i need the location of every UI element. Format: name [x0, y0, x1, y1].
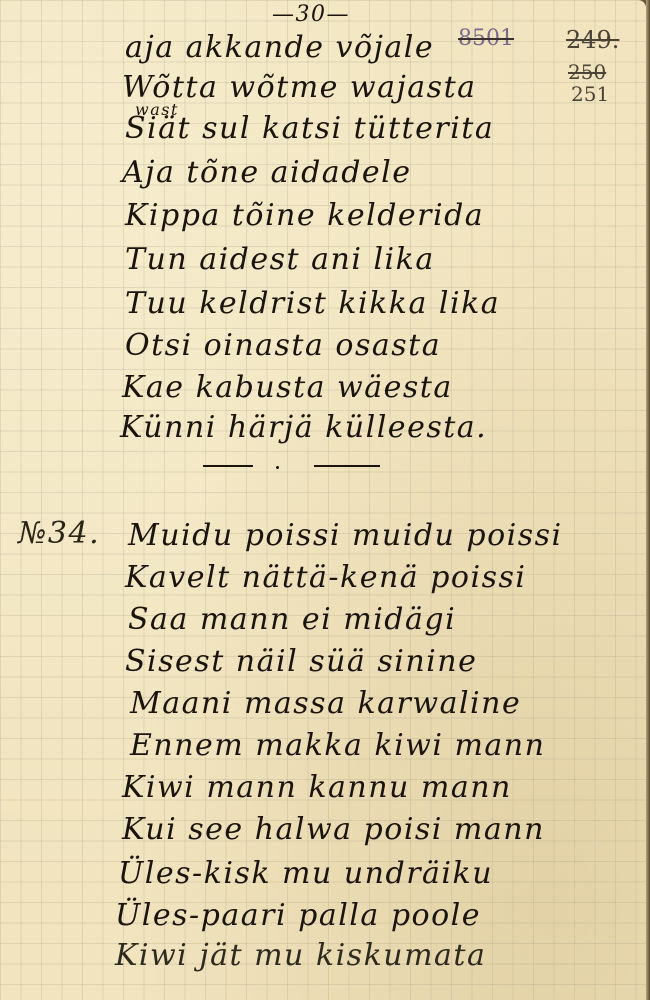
verse-line: Tun aidest ani lika	[125, 242, 435, 277]
separator-line-left	[203, 465, 253, 467]
verse-line: Üles-paari palla poole	[115, 898, 481, 933]
verse-line: Ennem makka kiwi mann	[130, 728, 545, 763]
separator-dot	[276, 466, 279, 469]
separator-line-right	[314, 465, 380, 467]
page-number: —30—	[272, 2, 350, 27]
archive-number-struck: 8501	[458, 26, 514, 51]
verse-line: Otsi oinasta osasta	[125, 328, 441, 363]
verse-line: Künni härjä külleesta.	[120, 410, 487, 445]
manuscript-page: —30— 8501 249. 250 251 wast aja akkande …	[0, 0, 646, 1000]
verse-line: Saa mann ei midägi	[128, 602, 456, 637]
folio-number-struck-2: 250	[568, 60, 606, 84]
verse-line: Muidu poissi muidu poissi	[128, 518, 563, 553]
page-edge	[646, 0, 650, 1000]
verse-line: Kui see halwa poisi mann	[122, 812, 545, 847]
folio-number-current: 251	[571, 82, 609, 106]
verse-line: Siät sul katsi tütterita	[125, 111, 494, 146]
verse-line: Kiwi jät mu kiskumata	[115, 938, 486, 973]
verse-line: Maani massa karwaline	[130, 686, 521, 721]
verse-line: Aja tõne aidadele	[122, 155, 412, 190]
verse-line: Kae kabusta wäesta	[122, 370, 453, 405]
verse-line: aja akkande võjale	[125, 30, 434, 65]
verse-line: Wõtta wõtme wajasta	[122, 70, 477, 105]
verse-line: Üles-kisk mu undräiku	[118, 856, 493, 891]
folio-number-struck-1: 249.	[566, 26, 619, 54]
verse-line: Sisest näil süä sinine	[125, 644, 477, 679]
verse-line: Kavelt nättä-kenä poissi	[125, 560, 526, 595]
verse-line: Kippa tõine kelderida	[125, 198, 484, 233]
verse-line: Tuu keldrist kikka lika	[125, 286, 500, 321]
verse-line: Kiwi mann kannu mann	[122, 770, 512, 805]
song-number: №34.	[18, 516, 100, 551]
